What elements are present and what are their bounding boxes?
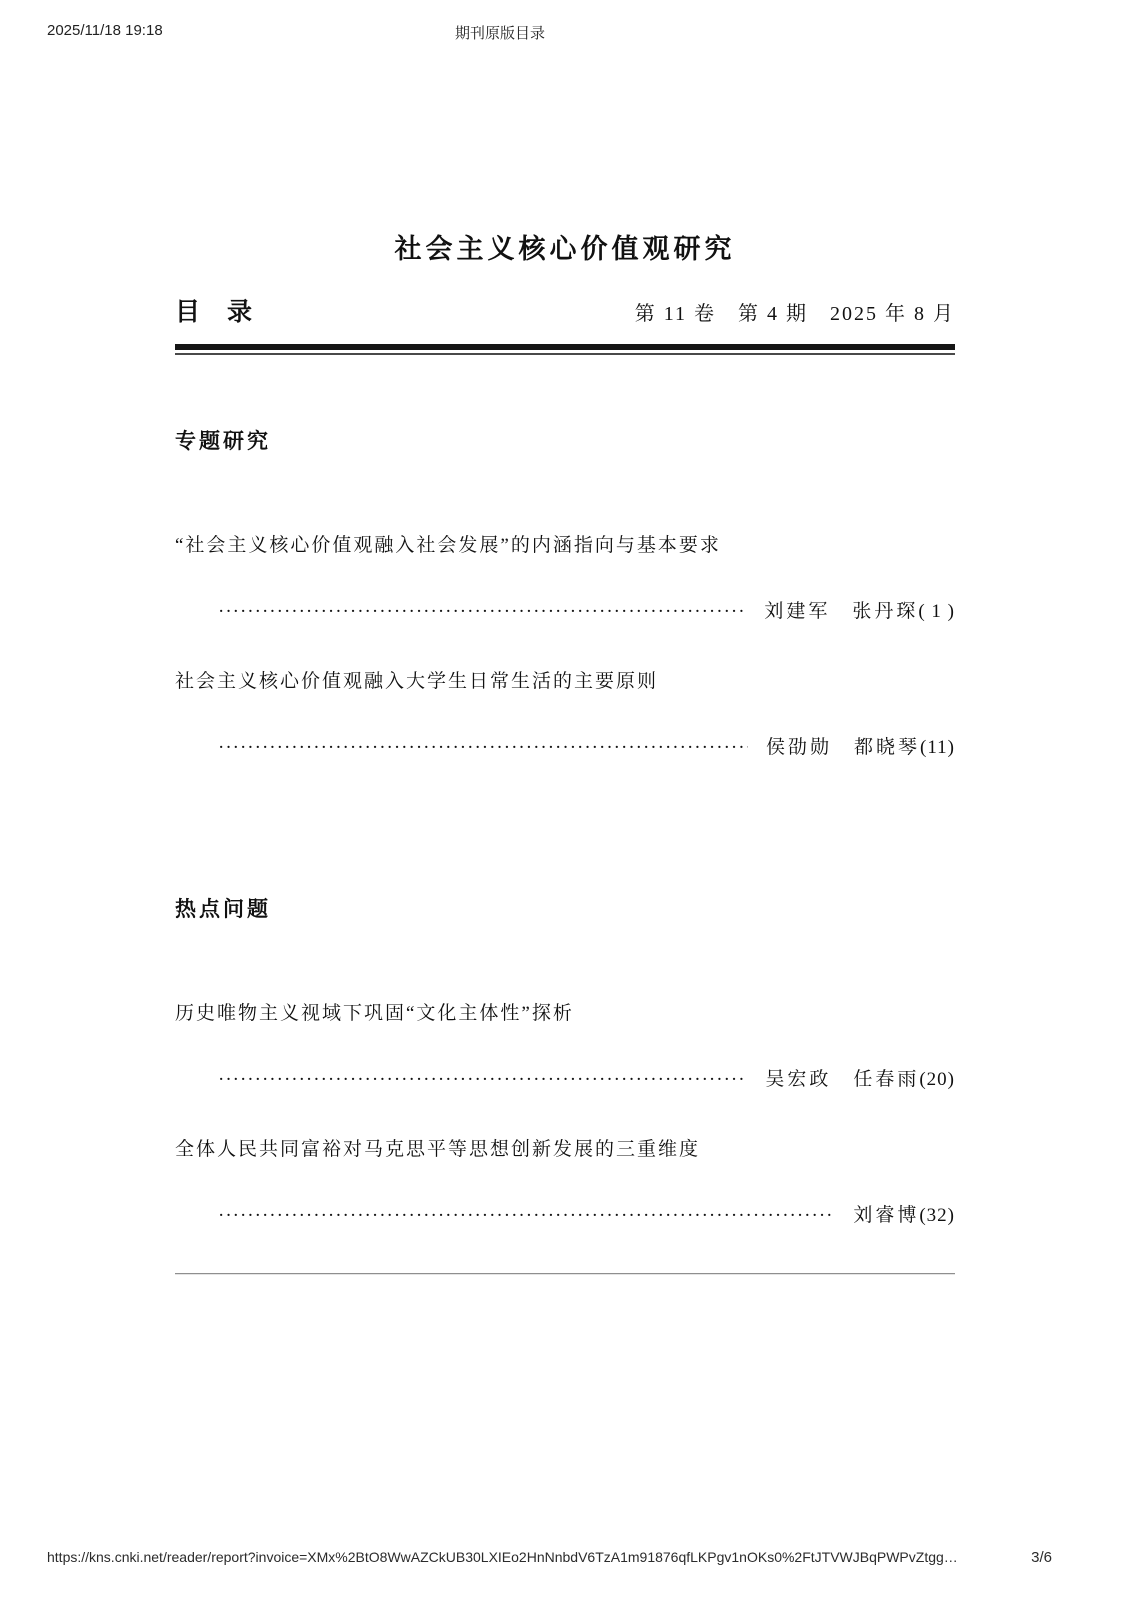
article-authors: 吴宏政 任春雨	[765, 1065, 919, 1095]
article-entry: 社会主义核心价值观融入大学生日常生活的主要原则 ················…	[175, 667, 955, 763]
header-rule-thin	[175, 353, 955, 355]
article-page-number: ( 1 )	[918, 597, 955, 627]
issue-info: 第 11 卷 第 4 期 2025 年 8 月	[635, 298, 955, 330]
article-title: 全体人民共同富裕对马克思平等思想创新发展的三重维度	[175, 1135, 955, 1165]
article-author-row: ········································…	[175, 597, 955, 627]
article-title: 历史唯物主义视域下巩固“文化主体性”探析	[175, 999, 955, 1029]
print-page-indicator: 3/6	[1031, 1549, 1052, 1566]
article-page-number: (32)	[919, 1201, 955, 1231]
journal-title: 社会主义核心价值观研究	[175, 232, 955, 266]
dot-leader: ········································…	[218, 1201, 835, 1231]
article-authors: 刘建军 张丹琛	[764, 597, 918, 627]
bottom-rule	[175, 1273, 955, 1275]
article-title: 社会主义核心价值观融入大学生日常生活的主要原则	[175, 667, 955, 697]
toc-page: 社会主义核心价值观研究 目 录 第 11 卷 第 4 期 2025 年 8 月 …	[175, 0, 955, 1283]
article-authors: 刘睿博	[853, 1201, 919, 1231]
toc-header-row: 目 录 第 11 卷 第 4 期 2025 年 8 月	[175, 296, 955, 330]
article-authors: 侯劭勋 都晓琴	[766, 733, 920, 763]
article-entry: “社会主义核心价值观融入社会发展”的内涵指向与基本要求 ············…	[175, 531, 955, 627]
dot-leader: ········································…	[218, 1065, 747, 1095]
article-author-row: ········································…	[175, 1201, 955, 1231]
article-page-number: (20)	[919, 1065, 955, 1095]
toc-label: 目 录	[175, 296, 262, 328]
dot-leader: ········································…	[218, 733, 748, 763]
article-page-number: (11)	[920, 733, 955, 763]
section-heading-hot-issues: 热点问题	[175, 895, 955, 925]
print-footer-url: https://kns.cnki.net/reader/report?invoi…	[47, 1549, 958, 1565]
header-rule-thick	[175, 344, 955, 350]
dot-leader: ········································…	[218, 597, 746, 627]
section-heading-special-topics: 专题研究	[175, 427, 955, 457]
article-author-row: ········································…	[175, 1065, 955, 1095]
article-author-row: ········································…	[175, 733, 955, 763]
print-footer: https://kns.cnki.net/reader/report?invoi…	[47, 1549, 1052, 1566]
article-entry: 历史唯物主义视域下巩固“文化主体性”探析 ···················…	[175, 999, 955, 1095]
article-entry: 全体人民共同富裕对马克思平等思想创新发展的三重维度 ··············…	[175, 1135, 955, 1231]
article-title: “社会主义核心价值观融入社会发展”的内涵指向与基本要求	[175, 531, 955, 561]
